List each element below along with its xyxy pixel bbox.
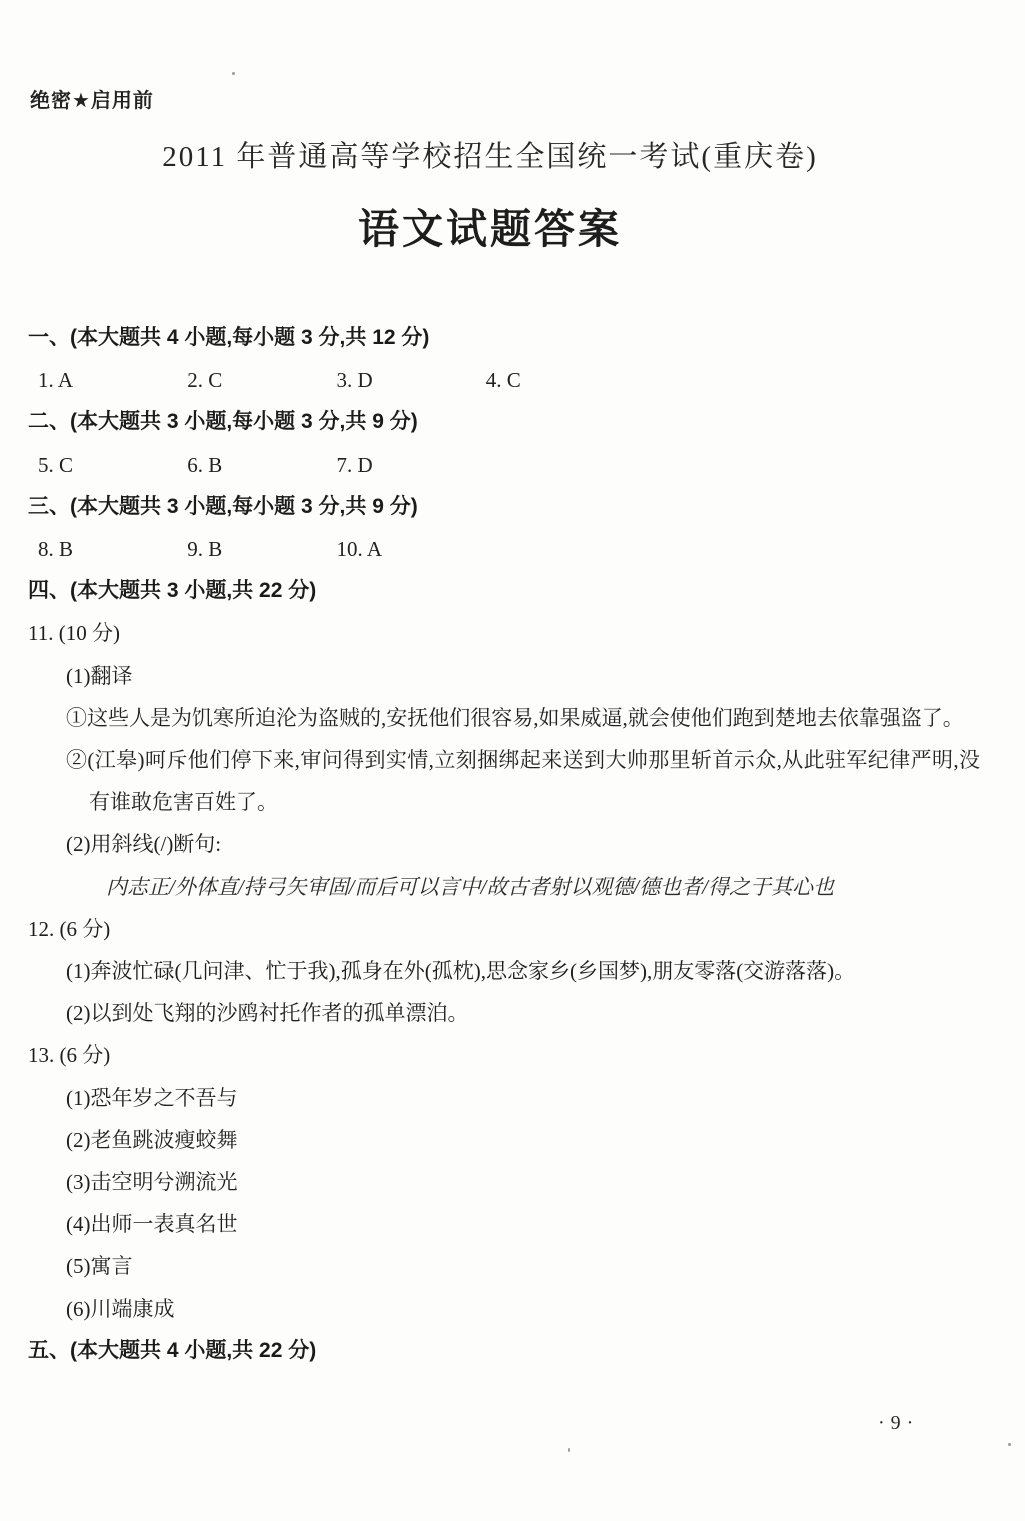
section-two-header: 二、(本大题共 3 小题,每小题 3 分,共 9 分) [28, 401, 980, 443]
scan-speck [1008, 1443, 1011, 1446]
exam-subtitle: 语文试题答案 [0, 196, 980, 255]
question-13-item-2: (2)老鱼跳波瘦蛟舞 [66, 1119, 980, 1161]
section-three-answers: 8. B 9. B 10. A [38, 528, 980, 570]
question-12-item-1: (1)奔波忙碌(几问津、忙于我),孤身在外(孤枕),思念家乡(乡国梦),朋友零落… [66, 950, 980, 992]
question-11-number: 11. (10 分) [28, 612, 980, 654]
question-11-segmentation-answer: 内志正/外体直/持弓矢审固/而后可以言中/故古者射以观德/德也者/得之于其心也 [106, 866, 980, 908]
answers-content: 一、(本大题共 4 小题,每小题 3 分,共 12 分) 1. A 2. C 3… [28, 317, 980, 1372]
scan-speck [232, 72, 235, 75]
section-three-header: 三、(本大题共 3 小题,每小题 3 分,共 9 分) [28, 486, 980, 528]
question-13-number: 13. (6 分) [28, 1034, 980, 1076]
answer-3: 3. D [337, 359, 481, 401]
scan-speck [568, 1448, 570, 1452]
answer-7: 7. D [337, 444, 481, 486]
section-one-header: 一、(本大题共 4 小题,每小题 3 分,共 12 分) [28, 317, 980, 359]
question-13-item-1: (1)恐年岁之不吾与 [66, 1077, 980, 1119]
answer-6: 6. B [187, 444, 331, 486]
question-13-item-4: (4)出师一表真名世 [66, 1203, 980, 1245]
page-number: ·9· [878, 1412, 919, 1435]
question-12-item-2: (2)以到处飞翔的沙鸥衬托作者的孤单漂泊。 [66, 992, 980, 1034]
question-11-translation-2: ②(江皋)呵斥他们停下来,审问得到实情,立刻捆绑起来送到大帅那里斩首示众,从此驻… [66, 739, 980, 823]
section-four-header: 四、(本大题共 3 小题,共 22 分) [28, 570, 980, 612]
answer-2: 2. C [187, 359, 331, 401]
question-13-item-5: (5)寓言 [66, 1245, 980, 1287]
answer-4: 4. C [486, 359, 630, 401]
answer-9: 9. B [187, 528, 331, 570]
question-11-part2-label: (2)用斜线(/)断句: [66, 823, 980, 865]
answer-5: 5. C [38, 444, 182, 486]
question-12-number: 12. (6 分) [28, 908, 980, 950]
section-one-answers: 1. A 2. C 3. D 4. C [38, 359, 980, 401]
section-two-answers: 5. C 6. B 7. D [38, 444, 980, 486]
answer-10: 10. A [337, 528, 481, 570]
security-label: 绝密★启用前 [30, 84, 154, 113]
answer-8: 8. B [38, 528, 182, 570]
question-11-part1-label: (1)翻译 [66, 655, 980, 697]
document-page: 绝密★启用前 2011 年普通高等学校招生全国统一考试(重庆卷) 语文试题答案 … [0, 0, 1025, 1521]
section-five-header: 五、(本大题共 4 小题,共 22 分) [28, 1330, 980, 1372]
answer-1: 1. A [38, 359, 182, 401]
question-11-translation-1: ①这些人是为饥寒所迫沦为盗贼的,安抚他们很容易,如果威逼,就会使他们跑到楚地去依… [66, 697, 980, 739]
exam-title: 2011 年普通高等学校招生全国统一考试(重庆卷) [0, 134, 980, 175]
question-13-item-6: (6)川端康成 [66, 1288, 980, 1330]
question-13-item-3: (3)击空明兮溯流光 [66, 1161, 980, 1203]
